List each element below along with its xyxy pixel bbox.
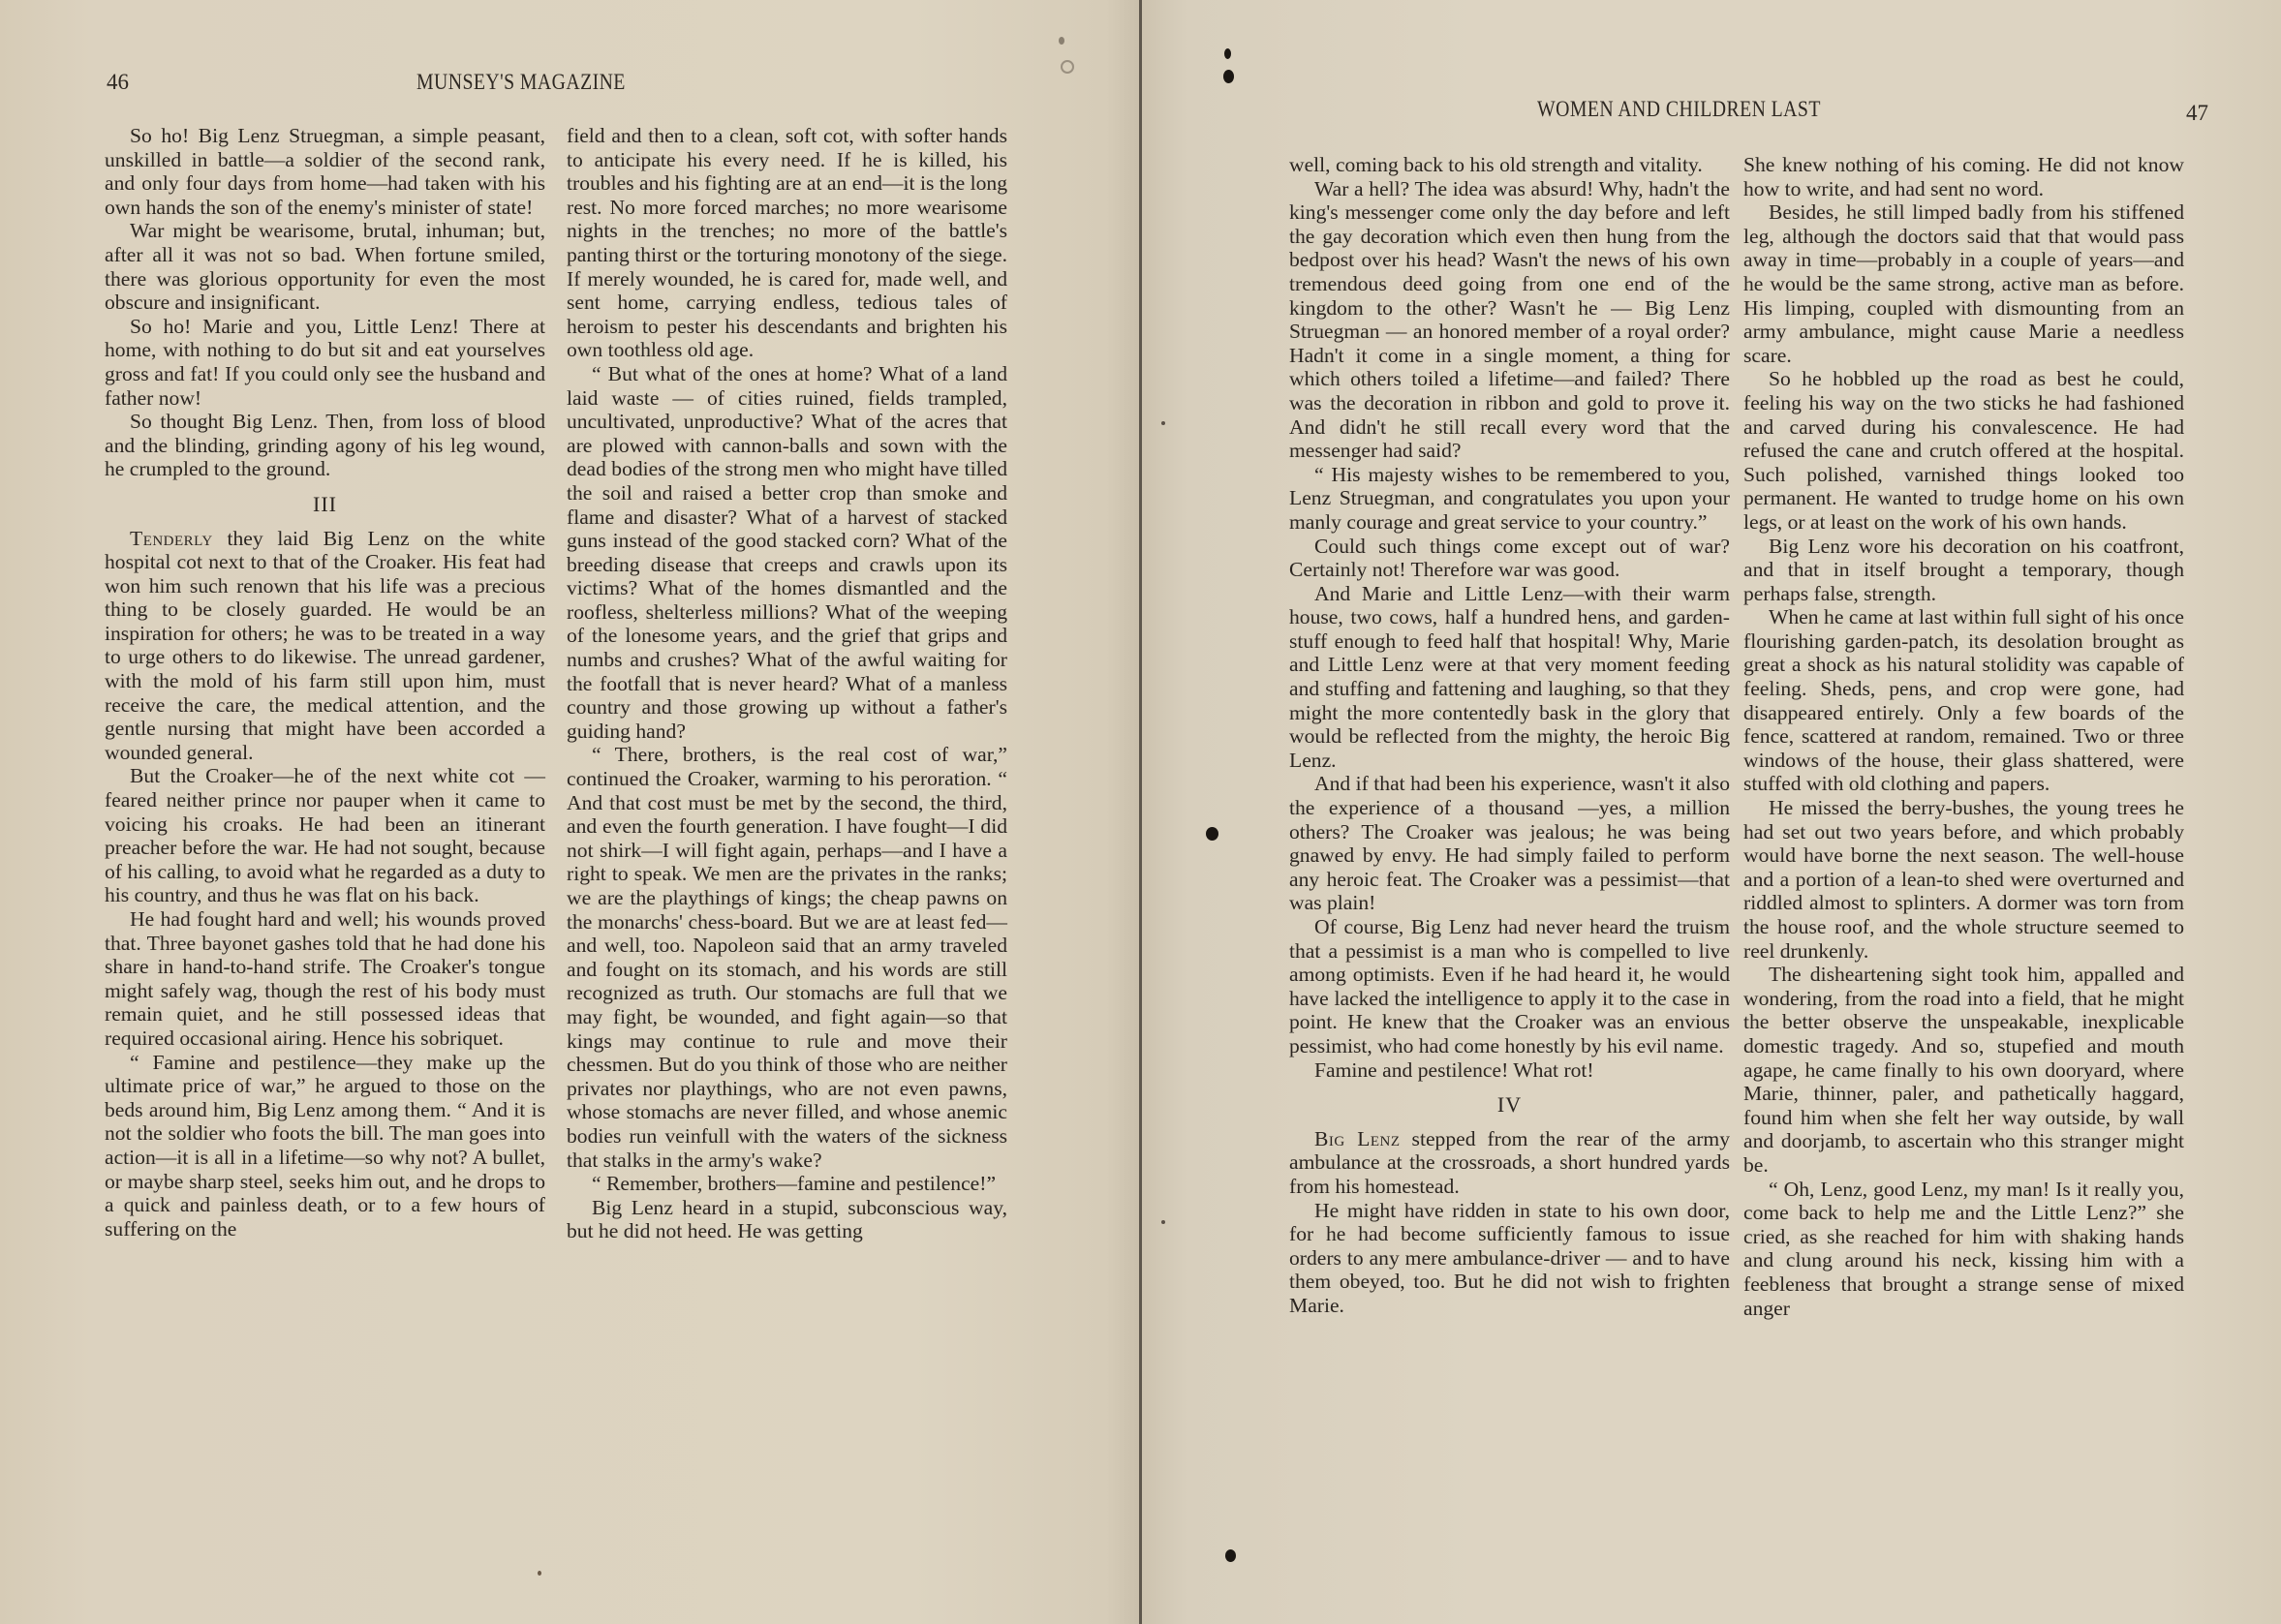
paragraph: War a hell? The idea was absurd! Why, ha… xyxy=(1289,177,1730,463)
paragraph: “ But what of the ones at home? What of … xyxy=(567,362,1007,744)
paragraph-continued: well, coming back to his old strength an… xyxy=(1289,153,1730,177)
column-2: field and then to a clean, soft cot, wit… xyxy=(567,124,1007,1243)
running-head-left: MUNSEY'S MAGAZINE xyxy=(416,70,626,95)
paragraph: So ho! Marie and you, Little Lenz! There… xyxy=(105,315,545,410)
paragraph: He missed the berry-bushes, the young tr… xyxy=(1743,796,2184,963)
magazine-spread: 46 MUNSEY'S MAGAZINE So ho! Big Lenz Str… xyxy=(0,0,2281,1624)
paragraph: When he came at last within full sight o… xyxy=(1743,605,2184,796)
ink-speck xyxy=(1161,421,1165,425)
paragraph: “ Famine and pestilence—they make up the… xyxy=(105,1051,545,1241)
page-number-left: 46 xyxy=(107,70,129,95)
left-page: 46 MUNSEY'S MAGAZINE So ho! Big Lenz Str… xyxy=(0,0,1140,1624)
ink-speck xyxy=(1224,48,1231,59)
paper-blemish xyxy=(538,1571,541,1576)
paragraph-continued: field and then to a clean, soft cot, wit… xyxy=(567,124,1007,362)
section-heading-iii: III xyxy=(105,493,545,517)
paragraph: And if that had been his experience, was… xyxy=(1289,772,1730,915)
paragraph: He had fought hard and well; his wounds … xyxy=(105,907,545,1051)
paragraph: So thought Big Lenz. Then, from loss of … xyxy=(105,410,545,481)
paragraph: “ Oh, Lenz, good Lenz, my man! Is it rea… xyxy=(1743,1178,2184,1321)
paragraph: “ There, brothers, is the real cost of w… xyxy=(567,743,1007,1172)
ink-speck xyxy=(1206,827,1218,841)
paragraph: Famine and pestilence! What rot! xyxy=(1289,1058,1730,1083)
paragraph: War might be wearisome, brutal, inhuman;… xyxy=(105,219,545,314)
paragraph: Besides, he still limped badly from his … xyxy=(1743,200,2184,367)
paragraph: The disheartening sight took him, appall… xyxy=(1743,963,2184,1177)
paragraph: Big Lenz heard in a stupid, subconscious… xyxy=(567,1196,1007,1243)
paragraph: So he hobbled up the road as best he cou… xyxy=(1743,367,2184,534)
paragraph: “ Remember, brothers—famine and pestilen… xyxy=(567,1172,1007,1196)
section-heading-iv: IV xyxy=(1289,1093,1730,1118)
section-lead-paragraph: Big Lenz stepped from the rear of the ar… xyxy=(1289,1127,1730,1199)
paper-blemish xyxy=(1061,60,1074,74)
paragraph: But the Croaker—he of the next white cot… xyxy=(105,764,545,907)
page-number-right: 47 xyxy=(2186,101,2208,126)
column-3: well, coming back to his old strength an… xyxy=(1289,153,1730,1318)
column-4: She knew nothing of his coming. He did n… xyxy=(1743,153,2184,1320)
lead-smallcaps: Big Lenz xyxy=(1314,1127,1401,1150)
ink-speck xyxy=(1161,1220,1165,1224)
paragraph-continued: She knew nothing of his coming. He did n… xyxy=(1743,153,2184,200)
lead-smallcaps: Tenderly xyxy=(130,527,213,550)
paragraph-text: they laid Big Lenz on the white hospital… xyxy=(105,527,545,764)
paper-blemish xyxy=(1059,37,1064,45)
paragraph: He might have ridden in state to his own… xyxy=(1289,1199,1730,1318)
ink-speck xyxy=(1223,70,1234,83)
paragraph: Big Lenz wore his decoration on his coat… xyxy=(1743,535,2184,606)
section-lead-paragraph: Tenderly they laid Big Lenz on the white… xyxy=(105,527,545,765)
paragraph: And Marie and Little Lenz—with their war… xyxy=(1289,582,1730,773)
right-page: WOMEN AND CHILDREN LAST 47 well, coming … xyxy=(1142,0,2281,1624)
paragraph: So ho! Big Lenz Struegman, a simple peas… xyxy=(105,124,545,219)
paragraph: Of course, Big Lenz had never heard the … xyxy=(1289,915,1730,1058)
running-head-right: WOMEN AND CHILDREN LAST xyxy=(1537,97,1821,122)
paragraph: “ His majesty wishes to be remembered to… xyxy=(1289,463,1730,535)
paragraph: Could such things come except out of war… xyxy=(1289,535,1730,582)
column-1: So ho! Big Lenz Struegman, a simple peas… xyxy=(105,124,545,1241)
ink-speck xyxy=(1225,1549,1236,1562)
